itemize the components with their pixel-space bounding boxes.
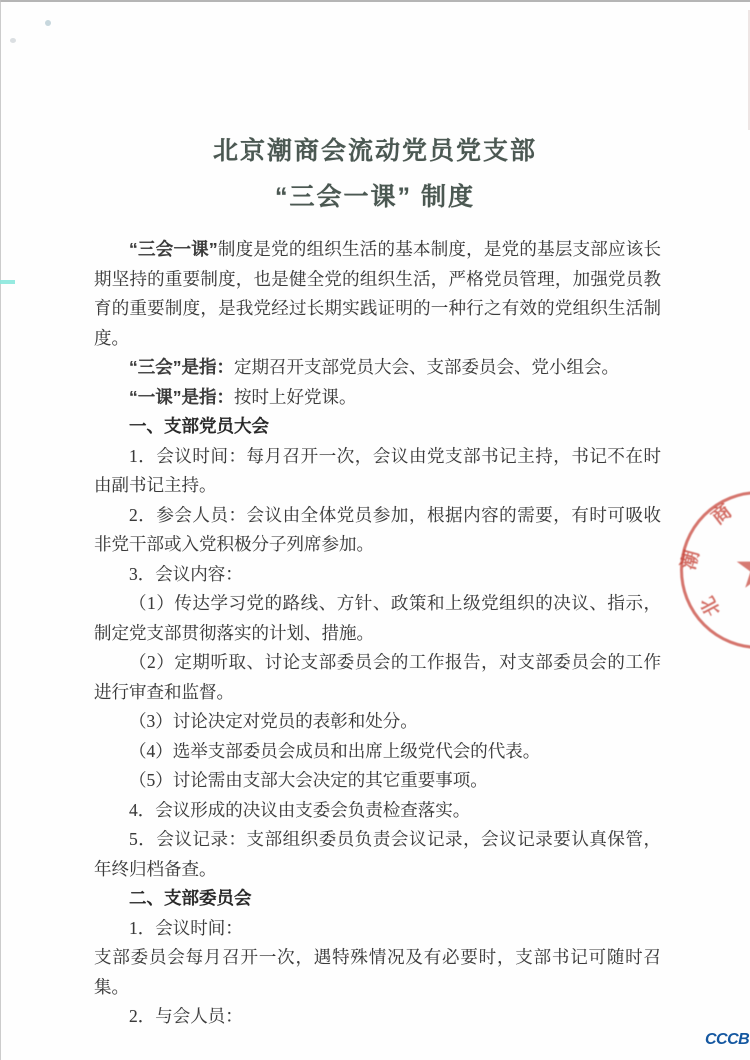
cccb-logo: CCCB [705, 1031, 749, 1049]
paragraph-bold-lead: “三会一课” [129, 239, 218, 259]
paragraph: （3）讨论决定对党员的表彰和处分。 [94, 707, 661, 737]
stamp-character: 潮 [679, 548, 702, 571]
paragraph: “三会一课”制度是党的组织生活的基本制度，是党的基层支部应该长期坚持的重要制度，… [94, 235, 661, 353]
paragraph: 3．会议内容： [94, 560, 661, 590]
document-title: 北京潮商会流动党员党支部 “三会一课” 制度 [0, 128, 750, 220]
paragraph: 2．与会人员： [94, 1002, 661, 1032]
stamp-character: 北 [698, 593, 724, 619]
paragraph: “三会”是指：定期召开支部党员大会、支部委员会、党小组会。 [94, 353, 661, 383]
paragraph: “一课”是指：按时上好党课。 [94, 383, 661, 413]
paragraph: （5）讨论需由支部大会决定的其它重要事项。 [94, 766, 661, 796]
paragraph: （1）传达学习党的路线、方针、政策和上级党组织的决议、指示，制定党支部贯彻落实的… [94, 589, 661, 648]
paragraph: 5．会议记录：支部组织委员负责会议记录，会议记录要认真保管，年终归档备查。 [94, 825, 661, 884]
paragraph: 支部委员会每月召开一次，遇特殊情况及有必要时，支部书记可随时召集。 [94, 943, 661, 1002]
section-heading: 一、支部党员大会 [94, 412, 661, 442]
title-line-1: 北京潮商会流动党员党支部 [0, 128, 750, 174]
scan-edge-top [0, 0, 750, 2]
paragraph: （2）定期听取、讨论支部委员会的工作报告，对支部委员会的工作进行审查和监督。 [94, 648, 661, 707]
stamp-ring [680, 491, 750, 649]
scan-speck [10, 38, 16, 43]
title-line-2: “三会一课” 制度 [0, 174, 750, 220]
stamp-star-icon: ★ [733, 539, 750, 597]
paragraph-bold-lead: “一课”是指： [129, 387, 234, 407]
scan-speck [45, 20, 51, 26]
scanned-document-page: 北京潮商会流动党员党支部 “三会一课” 制度 “三会一课”制度是党的组织生活的基… [0, 0, 750, 1060]
document-body: “三会一课”制度是党的组织生活的基本制度，是党的基层支部应该长期坚持的重要制度，… [94, 235, 661, 1032]
paragraph: 1．会议时间：每月召开一次，会议由党支部书记主持，书记不在时由副书记主持。 [94, 442, 661, 501]
scan-artifact-cyan-dash [0, 280, 15, 284]
paragraph-bold-lead: “三会”是指： [129, 357, 234, 377]
paragraph: 1．会议时间： [94, 914, 661, 944]
paragraph: 4．会议形成的决议由支委会负责检查落实。 [94, 796, 661, 826]
section-heading: 二、支部委员会 [94, 884, 661, 914]
stamp-character: 商 [709, 502, 736, 529]
paragraph: （4）选举支部委员会成员和出席上级党代会的代表。 [94, 737, 661, 767]
paragraph: 2．参会人员：会议由全体党员参加，根据内容的需要，有时可吸收非党干部或入党积极分… [94, 501, 661, 560]
